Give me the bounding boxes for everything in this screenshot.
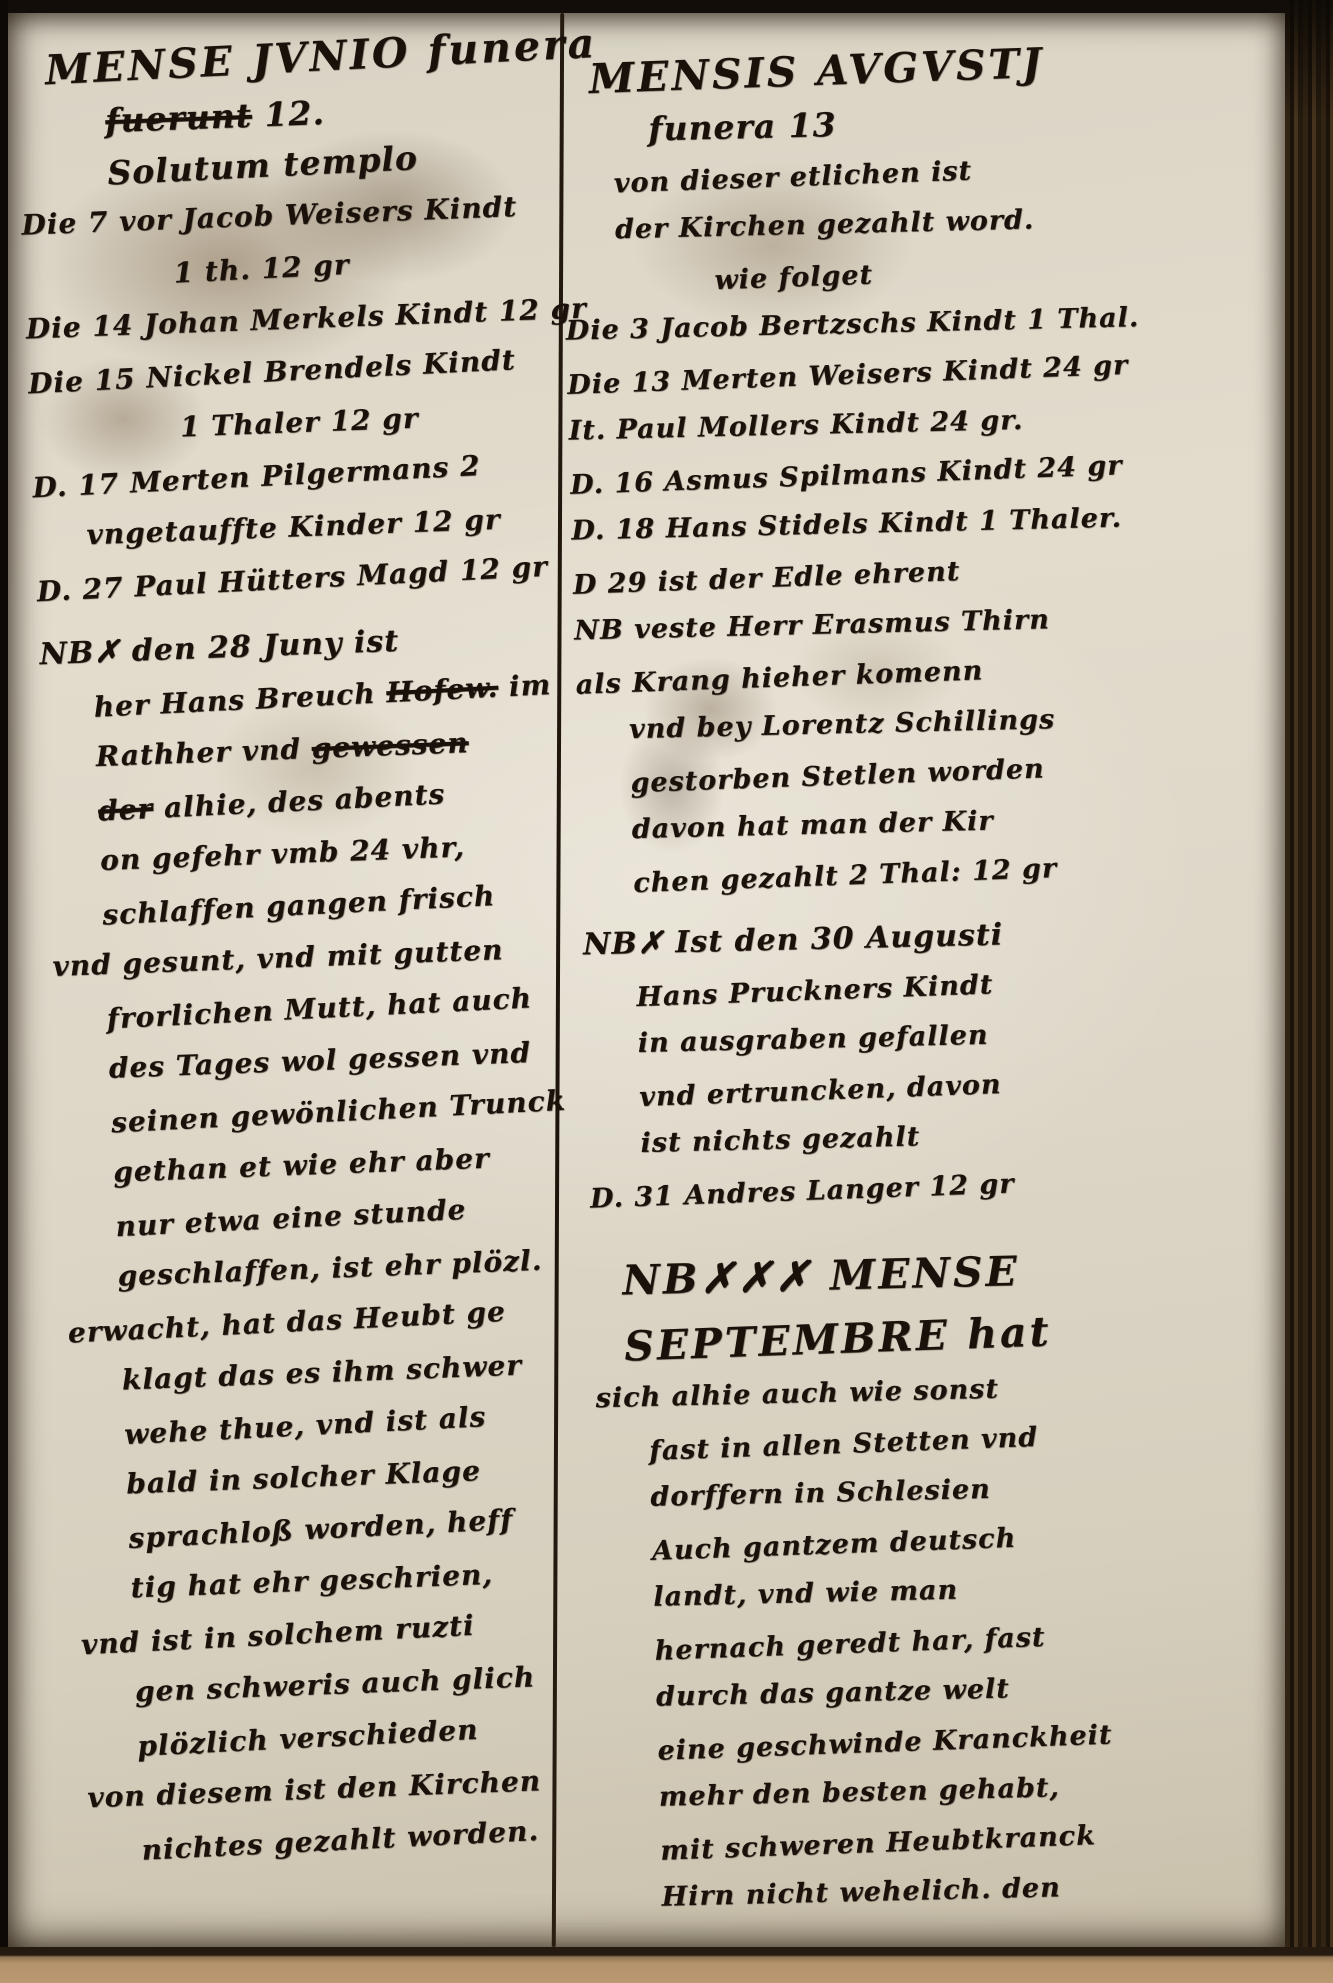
right-column-august-register: MENSIS AVGVSTJfunera 13von dieser etlich…: [558, 26, 1322, 1925]
book-edge-top: [0, 0, 1333, 13]
manuscript-photo: MENSE JVNIO funerafuerunt 12.Solutum tem…: [0, 0, 1333, 1983]
table-surface-strip: [0, 1947, 1333, 1983]
book-page-block-edge: [1285, 0, 1333, 1947]
book-edge-left: [0, 0, 8, 1983]
left-column-june-register: MENSE JVNIO funerafuerunt 12.Solutum tem…: [14, 19, 571, 1877]
